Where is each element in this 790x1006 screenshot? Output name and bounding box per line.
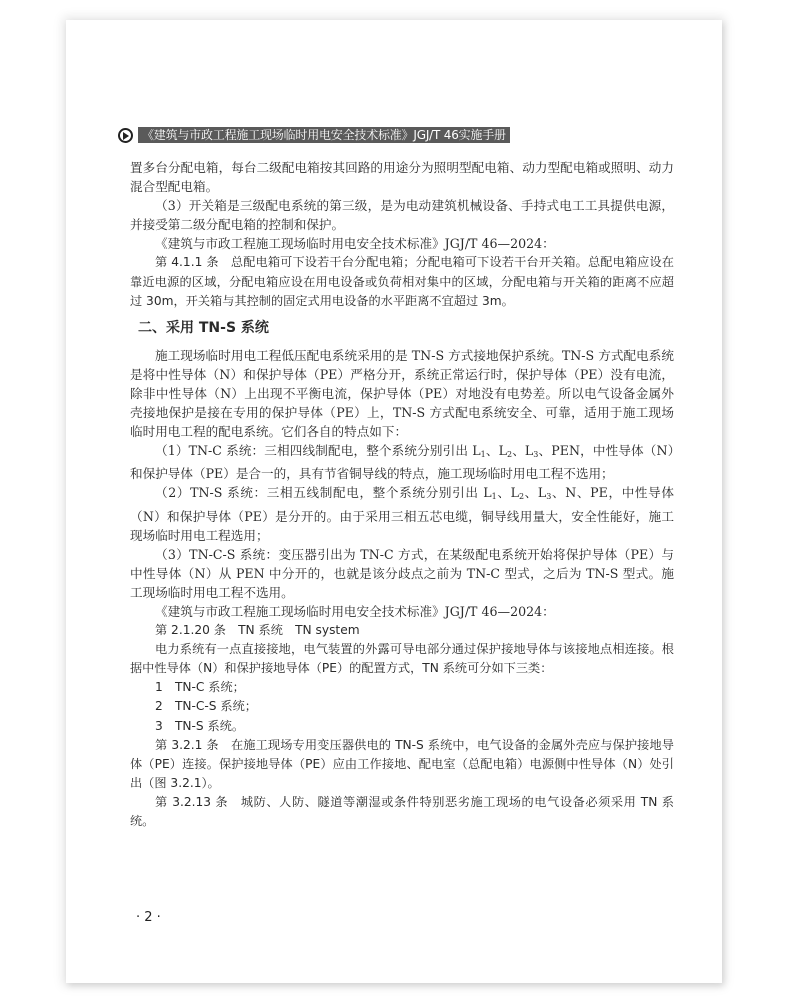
paragraph-tn-c: （1）TN-C 系统：三相四线制配电，整个系统分别引出 L1、L2、L3、PEN… <box>130 441 674 483</box>
circle-arrow-right-icon <box>118 128 133 143</box>
text: （1）TN-C 系统：三相四线制配电，整个系统分别引出 L <box>155 443 481 458</box>
list-item: 2 TN-C-S 系统； <box>130 697 674 716</box>
text: 、L <box>497 485 519 500</box>
running-title: 《建筑与市政工程施工现场临时用电安全技术标准》JGJ/T 46实施手册 <box>138 127 510 143</box>
standard-clause: 第 4.1.1 条 总配电箱可下设若干台分配电箱；分配电箱可下设若干台开关箱。总… <box>130 253 674 310</box>
standard-clause: 第 3.2.13 条 城防、人防、隧道等潮湿或条件特别恶劣施工现场的电气设备必须… <box>130 793 674 831</box>
section-heading: 二、采用 TN-S 系统 <box>130 317 674 339</box>
paragraph: （3）开关箱是三级配电系统的第三级，是为电动建筑机械设备、手持式电工工具提供电源… <box>130 196 674 234</box>
clause-title: 第 2.1.20 条 TN 系统 TN system <box>130 621 674 640</box>
book-page: 《建筑与市政工程施工现场临时用电安全技术标准》JGJ/T 46实施手册 置多台分… <box>66 20 722 983</box>
list-item: 3 TN-S 系统。 <box>130 717 674 736</box>
list-item: 1 TN-C 系统； <box>130 678 674 697</box>
standard-clause: 第 3.2.1 条 在施工现场专用变压器供电的 TN-S 系统中，电气设备的金属… <box>130 736 674 793</box>
text: 、L <box>486 443 507 458</box>
standard-clause: 电力系统有一点直接接地，电气装置的外露可导电部分通过保护接地导体与该接地点相连接… <box>130 640 674 678</box>
citation: 《建筑与市政工程施工现场临时用电安全技术标准》JGJ/T 46—2024： <box>130 234 674 253</box>
page-body: 置多台分配电箱，每台二级配电箱按其回路的用途分为照明型配电箱、动力型配电箱或照明… <box>130 158 674 831</box>
paragraph-tn-s: （2）TN-S 系统：三相五线制配电，整个系统分别引出 L1、L2、L3、N、P… <box>130 483 674 544</box>
text: 、L <box>524 485 546 500</box>
paragraph: 施工现场临时用电工程低压配电系统采用的是 TN-S 方式接地保护系统。TN-S … <box>130 346 674 441</box>
paragraph-tn-c-s: （3）TN-C-S 系统：变压器引出为 TN-C 方式，在某级配电系统开始将保护… <box>130 545 674 602</box>
paragraph: 置多台分配电箱，每台二级配电箱按其回路的用途分为照明型配电箱、动力型配电箱或照明… <box>130 158 674 196</box>
citation: 《建筑与市政工程施工现场临时用电安全技术标准》JGJ/T 46—2024： <box>130 602 674 621</box>
text: （2）TN-S 系统：三相五线制配电，整个系统分别引出 L <box>155 485 492 500</box>
running-header: 《建筑与市政工程施工现场临时用电安全技术标准》JGJ/T 46实施手册 <box>118 126 510 144</box>
text: 、L <box>512 443 533 458</box>
page-number: · 2 · <box>136 910 161 925</box>
